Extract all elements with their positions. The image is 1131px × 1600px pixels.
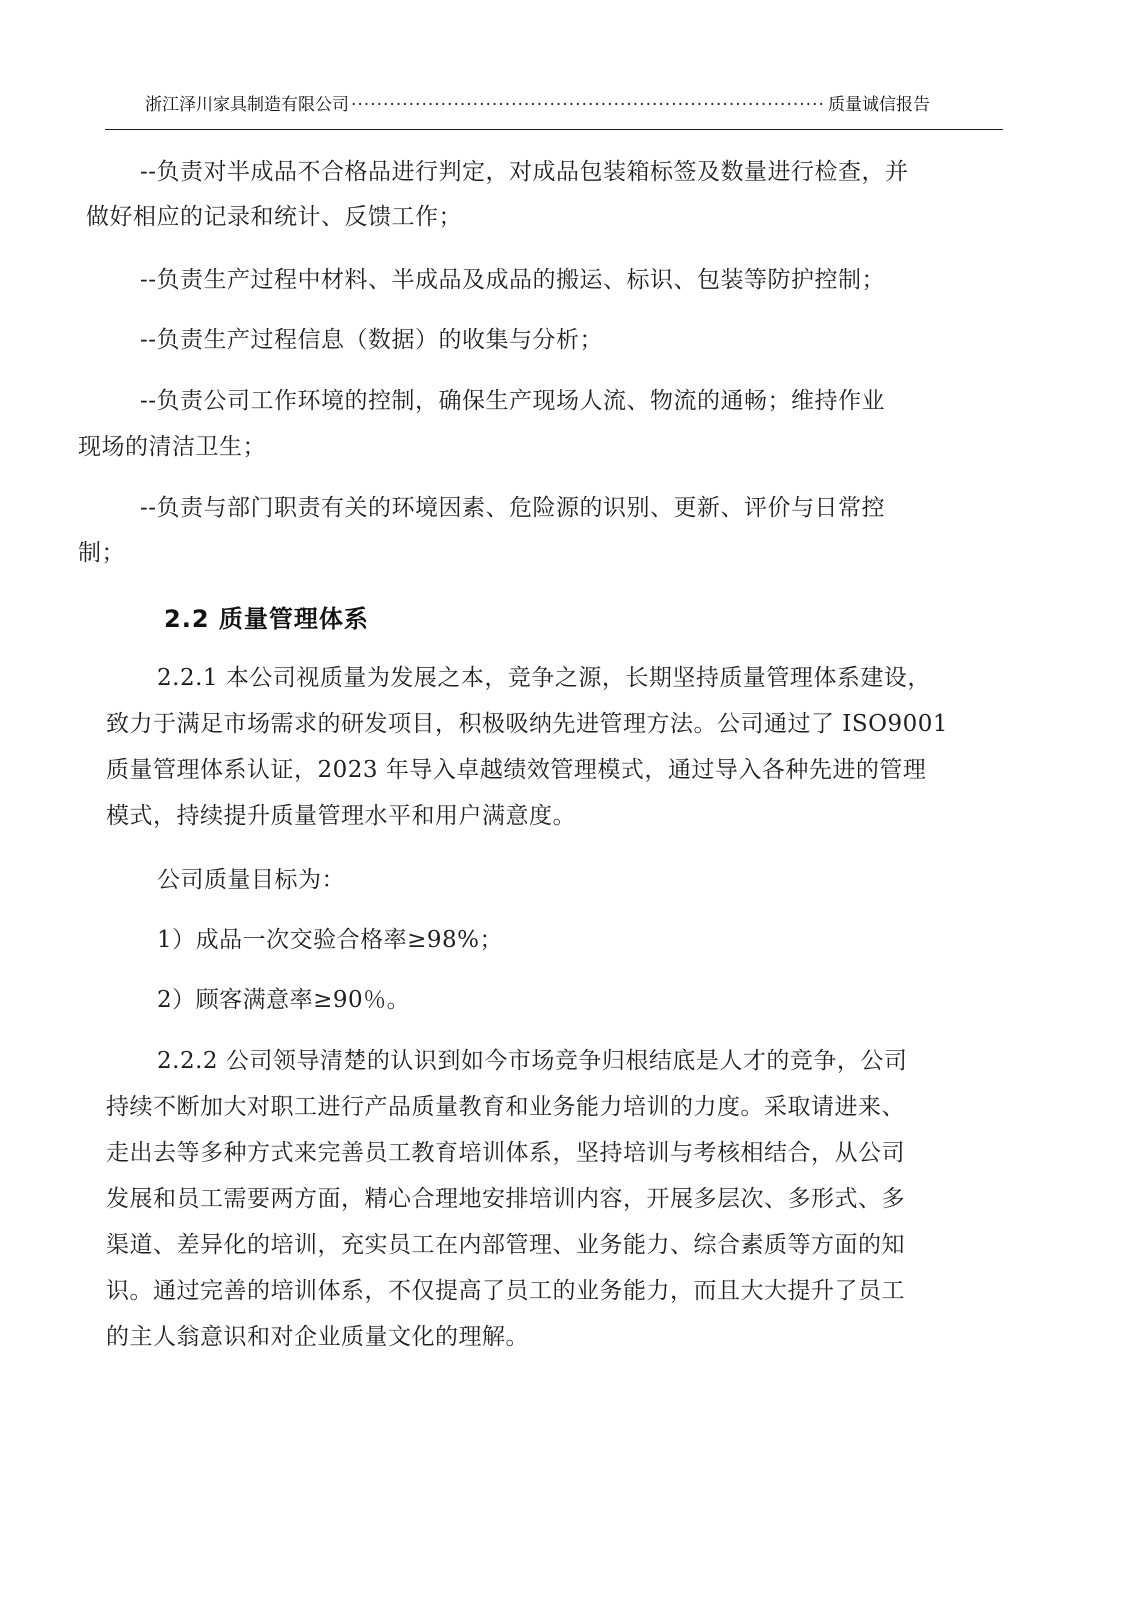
paragraph-line: 2.2.1 本公司视质量为发展之本，竞争之源，长期坚持质量管理体系建设， (157, 663, 931, 693)
responsibility-item-2-line-1: --负责生产过程中材料、半成品及成品的搬运、标识、包装等防护控制； (140, 265, 885, 295)
paragraph-line: 识。通过完善的培训体系，不仅提高了员工的业务能力，而且大大提升了员工 (106, 1276, 905, 1306)
paragraph-line: 的主人翁意识和对企业质量文化的理解。 (106, 1322, 529, 1352)
goal-item-1: 1）成品一次交验合格率≥98%； (157, 925, 503, 955)
section-heading: 2.2 质量管理体系 (164, 599, 369, 634)
responsibility-item-5-line-2: 制； (78, 538, 125, 568)
header-divider (105, 129, 1003, 130)
header-report-title: 质量诚信报告 (828, 90, 930, 115)
paragraph-line: 质量管理体系认证，2023 年导入卓越绩效管理模式，通过导入各种先进的管理 (106, 755, 926, 785)
paragraph-line: 发展和员工需要两方面，精心合理地安排培训内容，开展多层次、多形式、多 (106, 1184, 905, 1214)
header-company-name: 浙江泽川家具制造有限公司 (145, 90, 349, 115)
header-leader-dots: ········································… (351, 95, 826, 115)
responsibility-item-5-line-1: --负责与部门职责有关的环境因素、危险源的识别、更新、评价与日常控 (140, 493, 885, 523)
paragraph-line: 模式，持续提升质量管理水平和用户满意度。 (106, 801, 576, 831)
responsibility-item-1-line-2: 做好相应的记录和统计、反馈工作； (86, 202, 462, 232)
paragraph-line: 2.2.2 公司领导清楚的认识到如今市场竞争归根结底是人才的竞争，公司 (157, 1046, 907, 1076)
goals-intro: 公司质量目标为： (157, 865, 345, 895)
responsibility-item-4-line-2: 现场的清洁卫生； (78, 432, 266, 462)
paragraph-line: 致力于满足市场需求的研发项目，积极吸纳先进管理方法。公司通过了 ISO9001 (106, 709, 948, 739)
paragraph-line: 持续不断加大对职工进行产品质量教育和业务能力培训的力度。采取请进来、 (106, 1092, 905, 1122)
page-header: 浙江泽川家具制造有限公司 ···························… (145, 90, 930, 115)
responsibility-item-4-line-1: --负责公司工作环境的控制，确保生产现场人流、物流的通畅；维持作业 (140, 386, 885, 416)
responsibility-item-1-line-1: --负责对半成品不合格品进行判定，对成品包装箱标签及数量进行检查，并 (140, 157, 909, 187)
goal-item-2: 2）顾客满意率≥90％。 (157, 985, 410, 1015)
responsibility-item-3-line-1: --负责生产过程信息（数据）的收集与分析； (140, 325, 603, 355)
paragraph-line: 渠道、差异化的培训，充实员工在内部管理、业务能力、综合素质等方面的知 (106, 1230, 905, 1260)
paragraph-line: 走出去等多种方式来完善员工教育培训体系，坚持培训与考核相结合，从公司 (106, 1138, 905, 1168)
